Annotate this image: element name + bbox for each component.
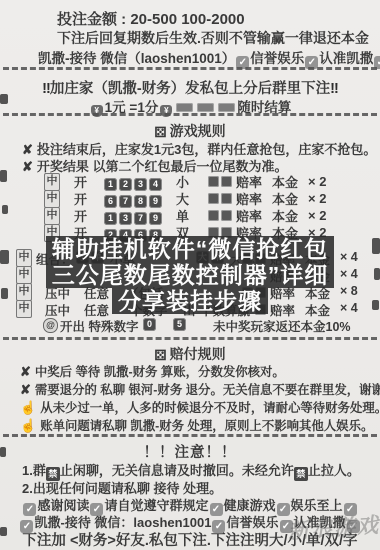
scan-artifact [1, 288, 8, 299]
zhong-tile-icon: 中 [44, 190, 60, 208]
dice-icon: ⚄ [154, 124, 166, 140]
dice-icon: ⚄ [154, 347, 166, 363]
overlay-line: 分享装挂步骤 [112, 288, 268, 314]
redacted-block [197, 103, 214, 112]
redacted-block [218, 103, 235, 112]
payout-item-text: 需要退分的 私聊 银河-财务 退分。无关信息不要在群里发，谢谢。 [35, 383, 380, 397]
overlay-line: 三公尾数尾数控制器”详细 [46, 262, 335, 288]
scan-artifact [0, 447, 6, 457]
game-rules-title: ⚄游戏规则 [0, 121, 380, 141]
divider [3, 337, 377, 340]
notice-text: 1.群 [22, 463, 46, 478]
multiplier: × 2 [308, 191, 326, 206]
sina-games-watermark: 新浪游戏 [287, 509, 380, 545]
overlay-banner: 辅助挂机软件“微信抢红包 三公尾数尾数控制器”详细 分享装挂步骤 [0, 236, 380, 314]
finger-icon: ☝ [20, 418, 36, 433]
number-tiles: 6789 [104, 190, 176, 208]
notice-text: 止拉人。 [308, 463, 360, 478]
number-tiles: 1379 [104, 207, 176, 225]
redacted-block [176, 103, 193, 112]
payout-item: ✘中奖后 等待 凯撒-财务 算账，分数发你核对。 [20, 362, 285, 380]
contact-wechat: 凯撒-接待 微信：laoshen1001 [34, 515, 211, 530]
scan-artifact [0, 527, 7, 536]
scan-artifact [2, 205, 8, 214]
multiplier: × 2 [308, 208, 326, 223]
bet-amount-line: 投注金额 : 20-500 100-2000 [57, 8, 245, 29]
slogan: 娱乐至上 [291, 498, 343, 513]
money-icon [221, 210, 232, 221]
rule-bullet-text: 投注结束后，庄家发1元3包，群内任意抢包，庄家不抢包。 [37, 142, 376, 157]
multiplier: × 2 [308, 174, 326, 189]
pin-icon: ✘ [20, 364, 31, 379]
double-bang-icon: !! [42, 81, 50, 97]
contact-tag1: 信誉娱乐 [226, 515, 278, 530]
banker-line: !!加庄家（凯撒-财务）发私包上分后群里下注!! [0, 77, 380, 98]
payout-item-text: 中奖后 等待 凯撒-财务 算账，分数发你核对。 [35, 365, 285, 379]
divider [3, 113, 377, 116]
payout-item: ✘需要退分的 私聊 银河-财务 退分。无关信息不要在群里发，谢谢。 [20, 380, 380, 398]
payout-rules-title: ⚄赔付规则 [0, 344, 380, 364]
pin-icon: ✘ [22, 142, 33, 157]
contact-tag1: 信誉娱乐 [250, 51, 304, 66]
pin-icon: ✘ [22, 159, 33, 174]
scan-artifact [374, 268, 380, 280]
at-icon: @ [43, 318, 58, 333]
special-label: 开出 特殊数字 [60, 317, 138, 335]
payout-item-text: 从未少过一单，人多的时候退分不及时，请耐心等待财务处理。 [40, 401, 380, 415]
pin-icon: ✘ [20, 382, 31, 397]
divider [3, 67, 377, 70]
zhong-tile-icon: 中 [44, 207, 60, 225]
notice-text: 止闲聊，无关信息请及时撤回。未经允许 [60, 463, 294, 478]
scan-artifact [372, 300, 379, 310]
scan-artifact [0, 94, 8, 104]
payout-rules-title-text: 赔付规则 [170, 346, 226, 362]
money-icon [208, 210, 219, 221]
forbidden-icon: 禁 [294, 467, 308, 481]
contact-tag2: 认准凯撒 [319, 51, 373, 66]
payout-item: ☝账单问题请私聊 凯撒-财务 处理，原则上不影响其他人娱乐。 [20, 416, 373, 434]
payout-item-text: 账单问题请私聊 凯撒-财务 处理，原则上不影响其他人娱乐。 [40, 419, 373, 433]
scan-artifact [0, 170, 7, 182]
divider [3, 434, 377, 437]
number-tile-icon: 5 [173, 318, 186, 331]
banker-text: 加庄家（凯撒-财务）发私包上分后群里下注 [50, 81, 330, 97]
overlay-line: 辅助挂机软件“微信抢红包 [46, 236, 335, 262]
money-icon [208, 176, 219, 187]
payout-item: ☝从未少过一单，人多的时候退分不及时，请耐心等待财务处理。 [20, 398, 380, 416]
game-rules-title-text: 游戏规则 [170, 123, 226, 139]
money-icon [221, 176, 232, 187]
notice-title: ！！注意！！ [0, 441, 380, 462]
slogan: 健康游戏 [224, 498, 276, 513]
number-tiles: 1234 [104, 173, 176, 191]
slogan: 感谢阅读 [37, 498, 89, 513]
zhong-tile-icon: 中 [44, 173, 60, 191]
money-icon [208, 193, 219, 204]
finger-icon: ☝ [20, 400, 36, 415]
special-refund-label: 未中奖玩家返还本金10% [213, 317, 351, 335]
money-icon [221, 193, 232, 204]
rules-poster: 投注金额 : 20-500 100-2000 下注后回复期数后生效.否则不管输赢… [0, 0, 380, 550]
contact-wechat: 凯撒-接待 微信（laoshen1001） [38, 51, 235, 66]
contact-line: 凯撒-接待 微信（laoshen1001）✓信誉娱乐✓认准凯撒✓ [38, 47, 380, 69]
slogan: 请自觉遵守群规定 [104, 498, 208, 513]
bet-validity-line: 下注后回复期数后生效.否则不管输赢一律退还本金 [57, 28, 369, 48]
scan-artifact [372, 238, 380, 254]
double-bang-icon: !! [330, 81, 338, 97]
number-tile-icon: 0 [143, 318, 156, 331]
scan-artifact [0, 250, 9, 264]
